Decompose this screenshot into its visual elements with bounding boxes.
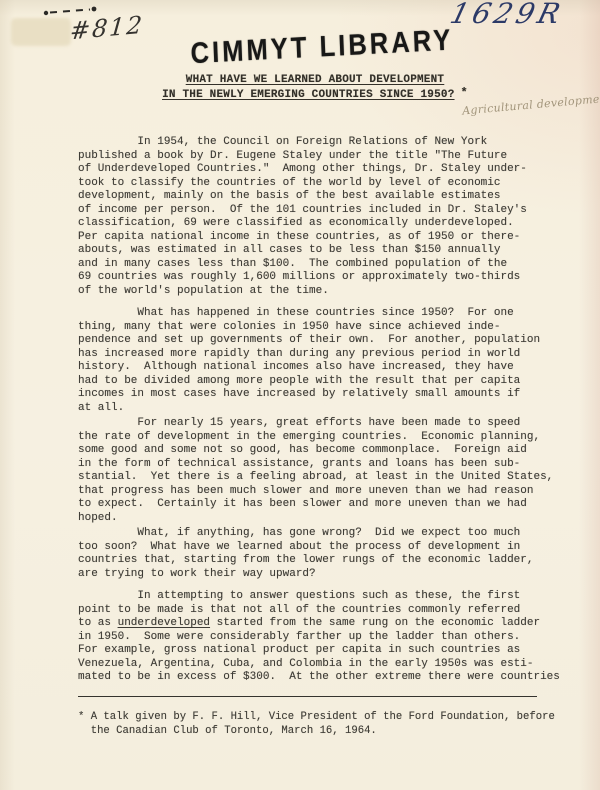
footnote-marker: * [461,86,468,100]
paragraph-5-underlined-word: underdeveloped [118,617,210,629]
library-stamp: CIMMYT LIBRARY [189,23,455,71]
paragraph-4: What, if anything, has gone wrong? Did w… [78,527,533,581]
footnote: * A talk given by F. F. Hill, Vice Presi… [78,711,555,738]
document-title: WHAT HAVE WE LEARNED ABOUT DEVELOPMENT I… [15,74,600,102]
handwritten-catalog-number: 1629R [447,0,568,30]
document-page: #812 1629R CIMMYT LIBRARY WHAT HAVE WE L… [0,0,600,790]
handwritten-item-number: #812 [69,11,145,46]
footnote-divider [78,696,537,697]
title-line-1: WHAT HAVE WE LEARNED ABOUT DEVELOPMENT [186,74,444,86]
erased-smudge [11,18,71,46]
paragraph-5: In attempting to answer questions such a… [78,590,560,685]
paragraph-2: What has happened in these countries sin… [78,307,540,415]
paragraph-1: In 1954, the Council on Foreign Relation… [78,136,527,298]
title-line-2: IN THE NEWLY EMERGING COUNTRIES SINCE 19… [162,89,454,101]
paragraph-3: For nearly 15 years, great efforts have … [78,417,553,525]
